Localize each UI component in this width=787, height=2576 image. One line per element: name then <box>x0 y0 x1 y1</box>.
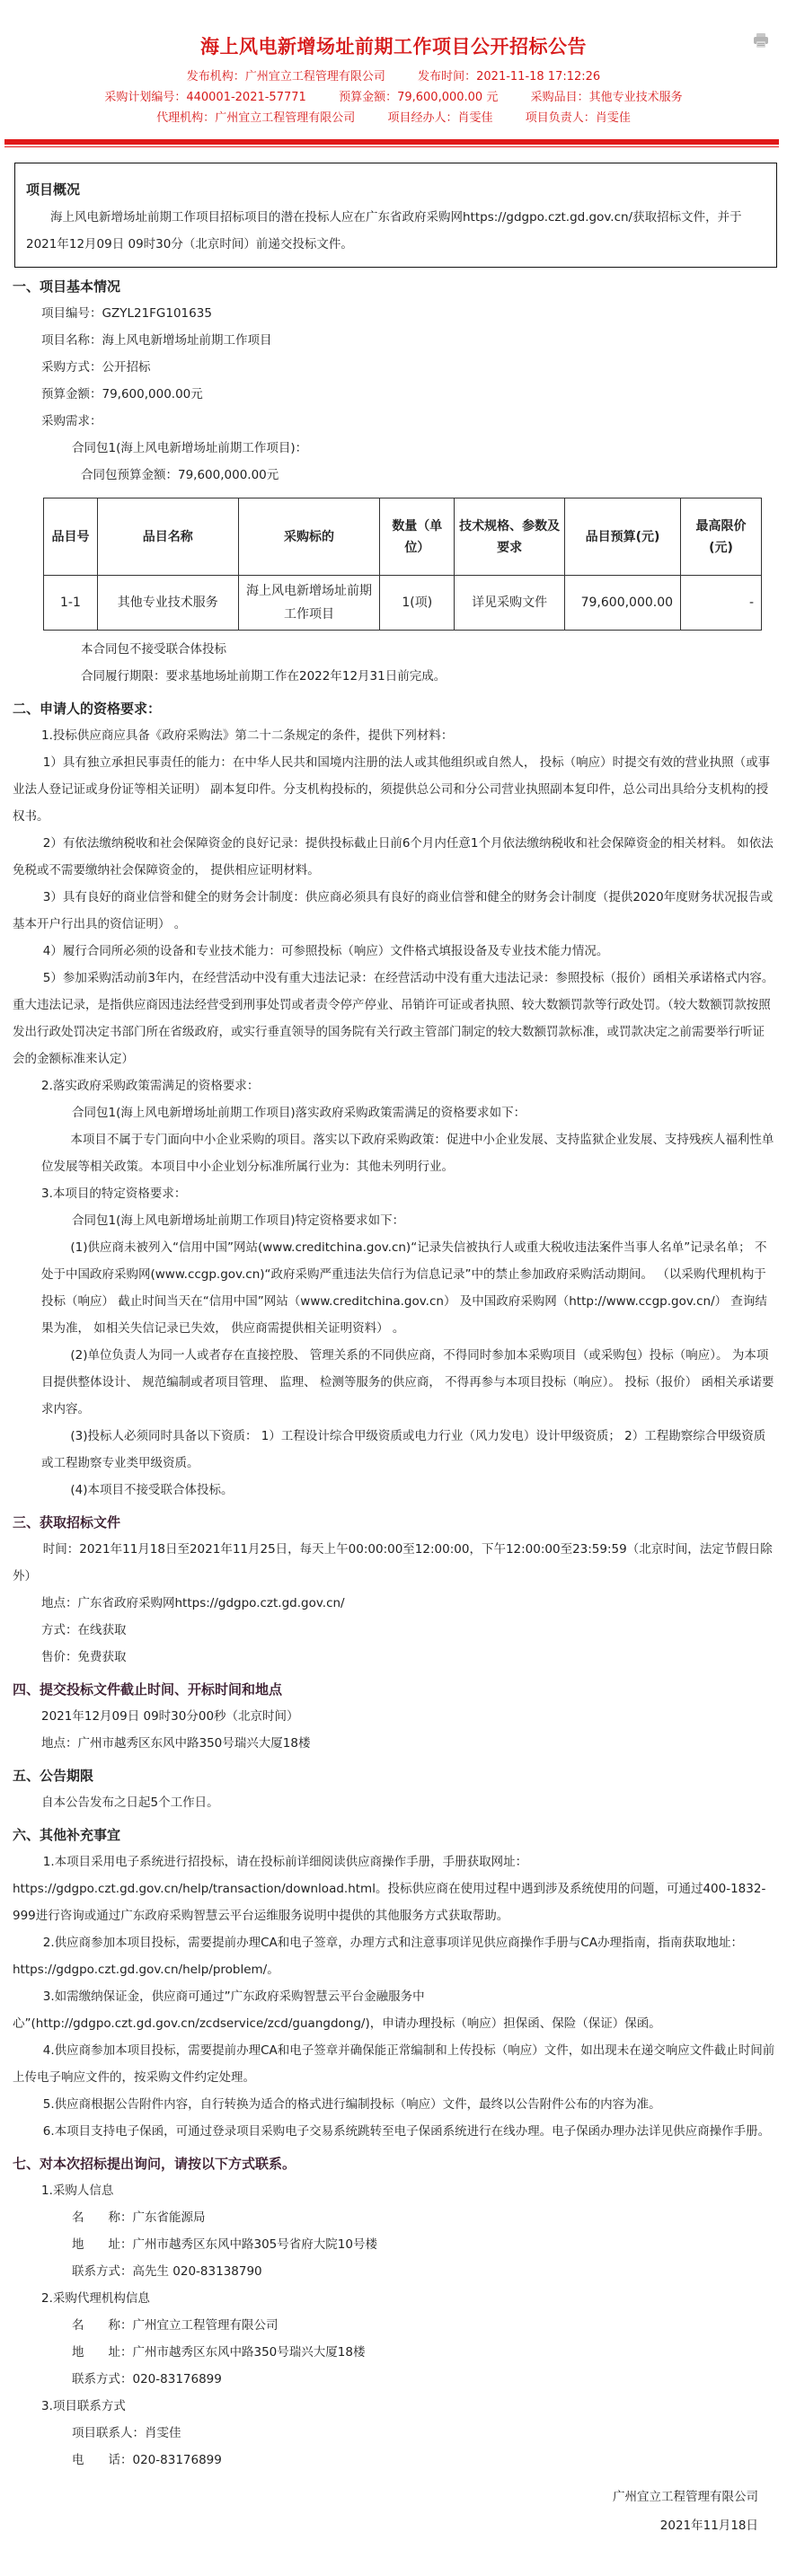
purchaser-contact: 联系方式：高先生 020-83138790 <box>13 2258 776 2285</box>
project-overview-box: 项目概况 海上风电新增场址前期工作项目招标项目的潜在投标人应在广东省政府采购网h… <box>14 163 777 268</box>
qualification-item-1: 1.投标供应商应具备《政府采购法》第二十二条规定的条件，提供下列材料： <box>13 722 776 749</box>
procurement-demand: 采购需求： <box>13 408 776 435</box>
contract-package: 合同包1(海上风电新增场址前期工作项目)： <box>13 435 776 462</box>
project-contact-person-label: 项目联系人： <box>72 2426 145 2440</box>
meta-row-3: 代理机构：广州宜立工程管理有限公司 项目经办人：肖雯佳 项目负责人：肖雯佳 <box>0 108 787 128</box>
project-contact-phone: 电 话：020-83176899 <box>13 2447 776 2474</box>
purchaser-contact-value: 高先生 020-83138790 <box>133 2264 262 2279</box>
agency-address: 地 址：广州市越秀区东风中路350号瑞兴大厦18楼 <box>13 2339 776 2366</box>
project-contact-phone-value: 020-83176899 <box>133 2453 222 2467</box>
announcement-page: 海上风电新增场址前期工作项目公开招标公告 发布机构：广州宜立工程管理有限公司 发… <box>0 0 787 2576</box>
qualification-item-1-2: 2）有依法缴纳税收和社会保障资金的良好记录：提供投标截止日前6个月内任意1个月依… <box>13 830 776 884</box>
cell-item-name: 其他专业技术服务 <box>97 576 238 631</box>
deadline-place: 地点：广州市越秀区东风中路350号瑞兴大厦18楼 <box>13 1730 776 1757</box>
publish-time-label: 发布时间： <box>418 70 476 84</box>
supplementary-item-4: 4.供应商参加本项目投标，需要提前办理CA和电子签章并确保能正常编制和上传投标（… <box>13 2037 776 2091</box>
signature-block: 广州宜立工程管理有限公司 2021年11月18日 <box>0 2483 787 2540</box>
purchaser-address: 地 址：广州市越秀区东风中路305号省府大院10号楼 <box>13 2231 776 2258</box>
supplementary-item-1: 1.本项目采用电子系统进行招投标，请在投标前详细阅读供应商操作手册，手册获取网址… <box>13 1848 776 1929</box>
handler-value: 肖雯佳 <box>458 111 493 125</box>
qualification-item-3-3: (3)投标人必须同时具备以下资质： 1）工程设计综合甲级资质或电力行业（风力发电… <box>13 1423 776 1477</box>
overview-text: 海上风电新增场址前期工作项目招标项目的潜在投标人应在广东省政府采购网https:… <box>26 204 767 258</box>
obtain-time: 时间：2021年11月18日至2021年11月25日，每天上午00:00:00至… <box>13 1536 776 1590</box>
qualification-item-2-text: 本项目不属于专门面向中小企业采购的项目。落实以下政府采购政策：促进中小企业发展、… <box>13 1126 776 1180</box>
budget-label: 预算金额： <box>339 91 397 104</box>
agency-name-label: 名 称： <box>72 2318 133 2333</box>
manager-value: 肖雯佳 <box>596 111 631 125</box>
meta-row-1: 发布机构：广州宜立工程管理有限公司 发布时间：2021-11-18 17:12:… <box>0 66 787 87</box>
cell-max-price: - <box>681 576 762 631</box>
qualification-item-3-2: (2)单位负责人为同一人或者存在直接控股、 管理关系的不同供应商，不得同时参加本… <box>13 1342 776 1423</box>
plan-no-value: 440001-2021-57771 <box>186 91 305 104</box>
printer-icon[interactable] <box>753 32 769 49</box>
col-subject: 采购标的 <box>238 498 380 576</box>
col-item-name: 品目名称 <box>97 498 238 576</box>
header-divider-thin <box>4 146 779 147</box>
budget-value: 79,600,000.00 元 <box>397 91 498 104</box>
agency-name-value: 广州宜立工程管理有限公司 <box>133 2318 279 2333</box>
project-name: 项目名称：海上风电新增场址前期工作项目 <box>13 327 776 354</box>
section-notice-period: 五、公告期限 自本公告发布之日起5个工作日。 <box>0 1762 787 1816</box>
section-title: 七、对本次招标提出询问，请按以下方式联系。 <box>13 2150 776 2177</box>
no-consortium-note: 本合同包不接受联合体投标 <box>13 636 776 663</box>
qualification-item-1-3: 3）具有良好的商业信誉和健全的财务会计制度：供应商必须具有良好的商业信誉和健全的… <box>13 884 776 938</box>
agency-contact: 联系方式：020-83176899 <box>13 2366 776 2393</box>
section-supplementary: 六、其他补充事宜 1.本项目采用电子系统进行招投标，请在投标前详细阅读供应商操作… <box>0 1822 787 2145</box>
signature-date: 2021年11月18日 <box>0 2511 758 2540</box>
project-contact-person-value: 肖雯佳 <box>145 2426 181 2440</box>
category-label: 采购品目： <box>531 91 589 104</box>
plan-no-label: 采购计划编号： <box>104 91 186 104</box>
section-title: 三、获取招标文件 <box>13 1509 776 1536</box>
qualification-item-1-5: 5）参加采购活动前3年内，在经营活动中没有重大违法记录：在经营活动中没有重大违法… <box>13 965 776 1072</box>
publisher-label: 发布机构： <box>187 70 245 84</box>
qualification-item-3-package: 合同包1(海上风电新增场址前期工作项目)特定资格要求如下： <box>13 1207 776 1234</box>
section-title: 六、其他补充事宜 <box>13 1822 776 1848</box>
section-qualifications: 二、申请人的资格要求： 1.投标供应商应具备《政府采购法》第二十二条规定的条件，… <box>0 695 787 1504</box>
header-divider <box>4 139 779 145</box>
agency-contact-label: 联系方式： <box>72 2372 133 2386</box>
purchaser-address-value: 广州市越秀区东风中路305号省府大院10号楼 <box>133 2237 377 2252</box>
supplementary-item-2: 2.供应商参加本项目投标，需要提前办理CA和电子签章，办理方式和注意事项详见供应… <box>13 1929 776 1983</box>
col-spec: 技术规格、参数及要求 <box>455 498 565 576</box>
obtain-place: 地点：广东省政府采购网https://gdgpo.czt.gd.gov.cn/ <box>13 1590 776 1617</box>
procurement-method: 采购方式：公开招标 <box>13 354 776 381</box>
handler-label: 项目经办人： <box>387 111 457 125</box>
purchaser-address-label: 地 址： <box>72 2237 133 2252</box>
overview-heading: 项目概况 <box>26 180 767 198</box>
cell-spec: 详见采购文件 <box>455 576 565 631</box>
qualification-item-2-package: 合同包1(海上风电新增场址前期工作项目)落实政府采购政策需满足的资格要求如下： <box>13 1099 776 1126</box>
cell-quantity: 1(项) <box>380 576 455 631</box>
purchaser-heading: 1.采购人信息 <box>13 2177 776 2204</box>
section-basic-info: 一、项目基本情况 项目编号：GZYL21FG101635 项目名称：海上风电新增… <box>0 273 787 690</box>
col-item-no: 品目号 <box>44 498 98 576</box>
section-title: 二、申请人的资格要求： <box>13 695 776 722</box>
package-budget: 合同包预算金额：79,600,000.00元 <box>13 462 776 489</box>
page-title: 海上风电新增场址前期工作项目公开招标公告 <box>0 0 787 66</box>
contract-period: 合同履行期限：要求基地场址前期工作在2022年12月31日前完成。 <box>13 663 776 690</box>
agency-heading: 2.采购代理机构信息 <box>13 2285 776 2312</box>
obtain-method: 方式：在线获取 <box>13 1617 776 1644</box>
table-header-row: 品目号 品目名称 采购标的 数量（单位） 技术规格、参数及要求 品目预算(元) … <box>44 498 762 576</box>
section-contact: 七、对本次招标提出询问，请按以下方式联系。 1.采购人信息 名 称：广东省能源局… <box>0 2150 787 2474</box>
purchaser-contact-label: 联系方式： <box>72 2264 133 2279</box>
col-max-price: 最高限价(元) <box>681 498 762 576</box>
qualification-item-2: 2.落实政府采购政策需满足的资格要求： <box>13 1072 776 1099</box>
qualification-item-1-1: 1）具有独立承担民事责任的能力：在中华人民共和国境内注册的法人或其他组织或自然人… <box>13 749 776 830</box>
cell-budget: 79,600,000.00 <box>565 576 681 631</box>
qualification-item-1-4: 4）履行合同所必须的设备和专业技术能力：可参照投标（响应）文件格式填报设备及专业… <box>13 938 776 965</box>
agency-name: 名 称：广州宜立工程管理有限公司 <box>13 2312 776 2339</box>
items-table: 品目号 品目名称 采购标的 数量（单位） 技术规格、参数及要求 品目预算(元) … <box>43 498 762 631</box>
project-contact-heading: 3.项目联系方式 <box>13 2393 776 2420</box>
publish-time-value: 2021-11-18 17:12:26 <box>476 70 600 84</box>
qualification-item-3-4: (4)本项目不接受联合体投标。 <box>13 1477 776 1504</box>
supplementary-item-5: 5.供应商根据公告附件内容，自行转换为适合的格式进行编制投标（响应）文件，最终以… <box>13 2091 776 2118</box>
meta-row-2: 采购计划编号：440001-2021-57771 预算金额：79,600,000… <box>0 87 787 108</box>
section-title: 五、公告期限 <box>13 1762 776 1789</box>
signature-org: 广州宜立工程管理有限公司 <box>0 2483 758 2511</box>
category-value: 其他专业技术服务 <box>589 91 683 104</box>
supplementary-item-6: 6.本项目支持电子保函，可通过登录项目采购电子交易系统跳转至电子保函系统进行在线… <box>13 2118 776 2145</box>
agency-contact-value: 020-83176899 <box>133 2372 222 2386</box>
section-title: 一、项目基本情况 <box>13 273 776 300</box>
agency-label: 代理机构： <box>156 111 215 125</box>
purchaser-name-value: 广东省能源局 <box>133 2210 206 2225</box>
col-budget: 品目预算(元) <box>565 498 681 576</box>
agency-address-label: 地 址： <box>72 2345 133 2360</box>
col-quantity: 数量（单位） <box>380 498 455 576</box>
manager-label: 项目负责人： <box>526 111 596 125</box>
budget-amount: 预算金额：79,600,000.00元 <box>13 381 776 408</box>
project-contact-person: 项目联系人：肖雯佳 <box>13 2420 776 2447</box>
supplementary-item-3: 3.如需缴纳保证金，供应商可通过”广东政府采购智慧云平台金融服务中心”(http… <box>13 1983 776 2037</box>
agency-value: 广州宜立工程管理有限公司 <box>215 111 355 125</box>
purchaser-name-label: 名 称： <box>72 2210 133 2225</box>
section-title: 四、提交投标文件截止时间、开标时间和地点 <box>13 1676 776 1703</box>
notice-period-text: 自本公告发布之日起5个工作日。 <box>13 1789 776 1816</box>
deadline-time: 2021年12月09日 09时30分00秒（北京时间） <box>13 1703 776 1730</box>
project-contact-phone-label: 电 话： <box>72 2453 133 2467</box>
cell-subject: 海上风电新增场址前期工作项目 <box>238 576 380 631</box>
announcement-meta: 发布机构：广州宜立工程管理有限公司 发布时间：2021-11-18 17:12:… <box>0 66 787 128</box>
section-obtain-documents: 三、获取招标文件 时间：2021年11月18日至2021年11月25日，每天上午… <box>0 1509 787 1671</box>
table-row: 1-1 其他专业技术服务 海上风电新增场址前期工作项目 1(项) 详见采购文件 … <box>44 576 762 631</box>
section-deadline: 四、提交投标文件截止时间、开标时间和地点 2021年12月09日 09时30分0… <box>0 1676 787 1757</box>
qualification-item-3-1: (1)供应商未被列入“信用中国”网站(www.creditchina.gov.c… <box>13 1234 776 1342</box>
project-number: 项目编号：GZYL21FG101635 <box>13 300 776 327</box>
obtain-price: 售价：免费获取 <box>13 1644 776 1671</box>
purchaser-name: 名 称：广东省能源局 <box>13 2204 776 2231</box>
publisher-value: 广州宜立工程管理有限公司 <box>245 70 385 84</box>
agency-address-value: 广州市越秀区东风中路350号瑞兴大厦18楼 <box>133 2345 366 2360</box>
qualification-item-3: 3.本项目的特定资格要求： <box>13 1180 776 1207</box>
cell-item-no: 1-1 <box>44 576 98 631</box>
